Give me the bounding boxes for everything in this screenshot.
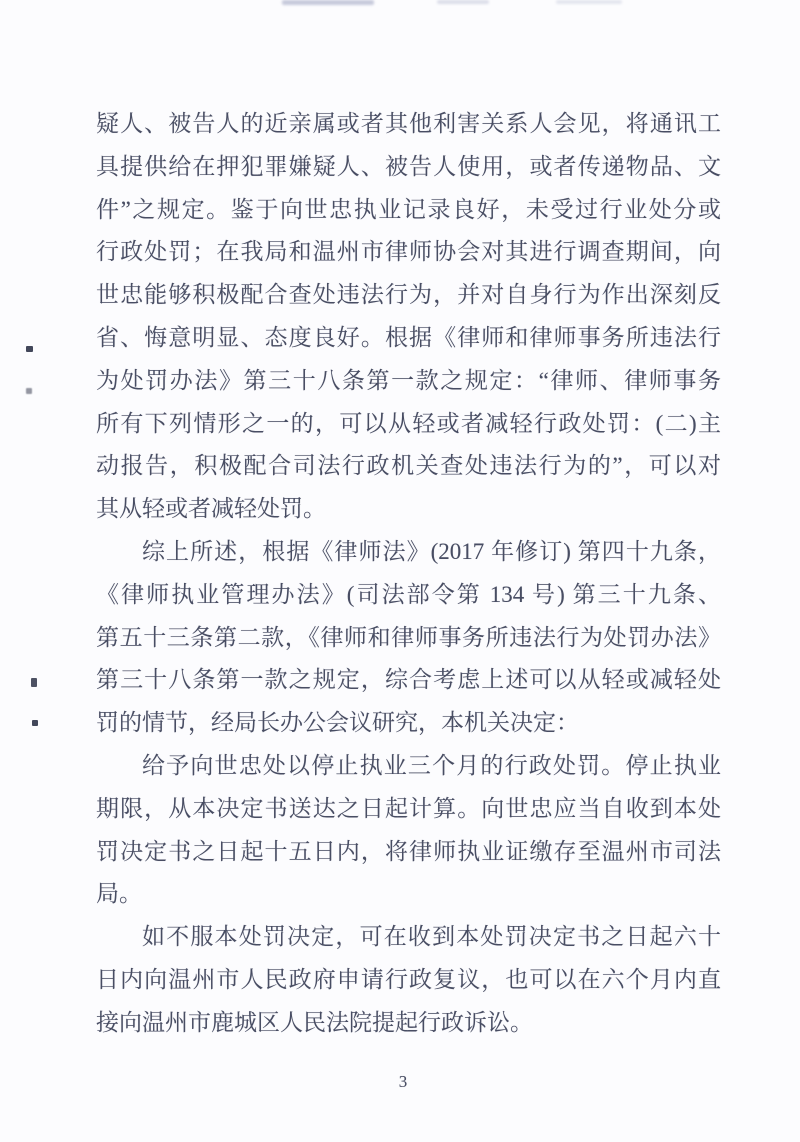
document-body: 疑人、被告人的近亲属或者其他利害关系人会见，将通讯工具提供给在押犯罪嫌疑人、被告… [96,103,721,1045]
document-text-line: 罚决定书之日起十五日内，将律师执业证缴存至温州市司法 [96,831,721,874]
scan-artifact-top [437,0,489,4]
document-text-line: 第五十三条第二款，《律师和律师事务所违法行为处罚办法》 [96,617,721,660]
document-text-line: 动报告，积极配合司法行政机关查处违法行为的”，可以对 [96,445,721,488]
scan-speck [26,346,33,352]
document-text-line: 疑人、被告人的近亲属或者其他利害关系人会见，将通讯工 [96,103,721,146]
scan-artifact-top [282,0,374,5]
document-text-line: 具提供给在押犯罪嫌疑人、被告人使用，或者传递物品、文 [96,146,721,189]
document-text-line: 综上所述，根据《律师法》(2017 年修订) 第四十九条， [96,531,721,574]
document-text-line: 第三十八条第一款之规定，综合考虑上述可以从轻或减轻处 [96,659,721,702]
document-text-line: 罚的情节，经局长办公会议研究，本机关决定： [96,702,721,745]
scan-artifact-top [556,0,622,4]
scan-speck [26,388,32,394]
document-text-line: 为处罚办法》第三十八条第一款之规定：“律师、律师事务 [96,360,721,403]
document-text-line: 给予向世忠处以停止执业三个月的行政处罚。停止执业 [96,745,721,788]
document-text-line: 日内向温州市人民政府申请行政复议，也可以在六个月内直 [96,959,721,1002]
document-text-line: 其从轻或者减轻处罚。 [96,488,721,531]
page-number: 3 [0,1072,800,1092]
document-text-line: 接向温州市鹿城区人民法院提起行政诉讼。 [96,1002,721,1045]
document-text-line: 件”之规定。鉴于向世忠执业记录良好，未受过行业处分或 [96,189,721,232]
document-text-line: 期限，从本决定书送达之日起计算。向世忠应当自收到本处 [96,788,721,831]
document-text-line: 所有下列情形之一的，可以从轻或者减轻行政处罚：(二)主 [96,403,721,446]
scanned-page: 疑人、被告人的近亲属或者其他利害关系人会见，将通讯工具提供给在押犯罪嫌疑人、被告… [0,0,800,1142]
document-text-line: 行政处罚；在我局和温州市律师协会对其进行调查期间，向 [96,231,721,274]
document-text-line: 省、悔意明显、态度良好。根据《律师和律师事务所违法行 [96,317,721,360]
document-text-line: 局。 [96,873,721,916]
document-text-line: 世忠能够积极配合查处违法行为，并对自身行为作出深刻反 [96,274,721,317]
scan-speck [31,678,37,687]
scan-speck [32,720,38,726]
document-text-line: 《律师执业管理办法》(司法部令第 134 号) 第三十九条、 [96,574,721,617]
document-text-line: 如不服本处罚决定，可在收到本处罚决定书之日起六十 [96,916,721,959]
